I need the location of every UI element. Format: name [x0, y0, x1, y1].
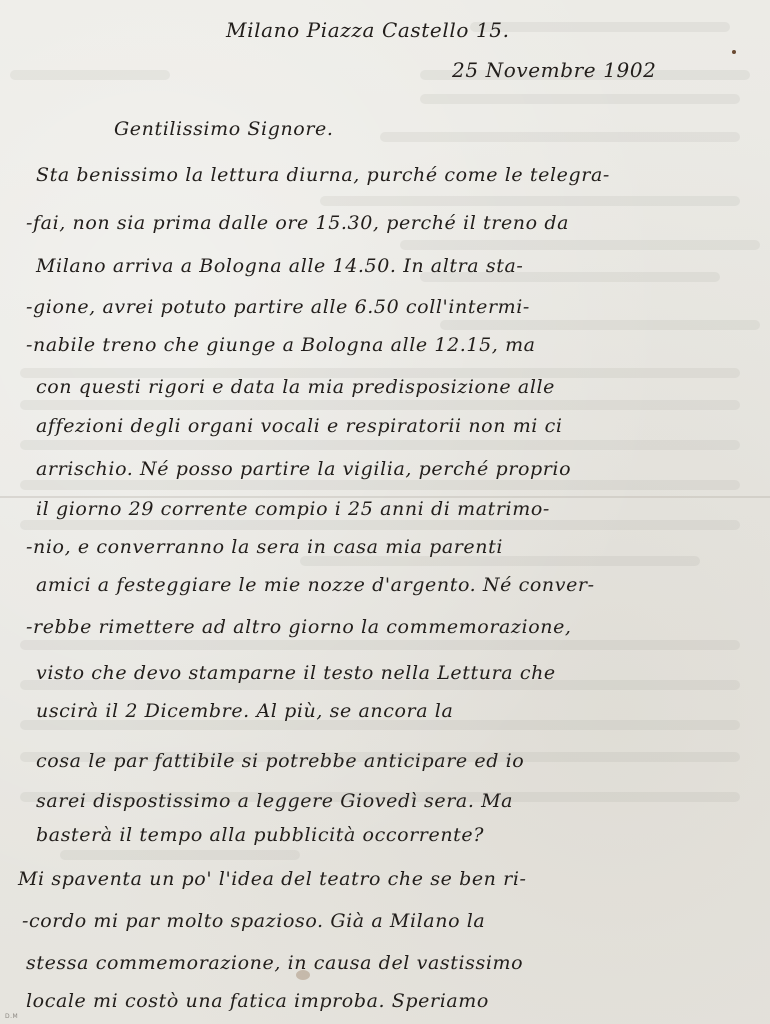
- letter-page: Milano Piazza Castello 15. 25 Novembre 1…: [0, 0, 770, 1024]
- letter-line: Milano arriva a Bologna alle 14.50. In a…: [36, 255, 523, 277]
- letter-line: sarei dispostissimo a leggere Giovedì se…: [36, 790, 513, 812]
- letter-line: cosa le par fattibile si potrebbe antici…: [36, 750, 524, 772]
- bleed-through-line: [380, 132, 740, 142]
- bleed-through-line: [20, 640, 740, 650]
- bleed-through-line: [20, 400, 740, 410]
- letter-line: -nabile treno che giunge a Bologna alle …: [26, 334, 536, 356]
- letter-line: Mi spaventa un po' l'idea del teatro che…: [18, 868, 527, 890]
- letter-line: affezioni degli organi vocali e respirat…: [36, 415, 563, 437]
- bleed-through-line: [20, 480, 740, 490]
- letter-line: amici a festeggiare le mie nozze d'argen…: [36, 574, 595, 596]
- letter-line: -rebbe rimettere ad altro giorno la comm…: [26, 616, 572, 638]
- letter-line: -nio, e converranno la sera in casa mia …: [26, 536, 503, 558]
- bleed-through-line: [60, 850, 300, 860]
- bleed-through-line: [320, 196, 740, 206]
- letter-salutation: Gentilissimo Signore.: [114, 118, 334, 140]
- letter-line: arrischio. Né posso partire la vigilia, …: [36, 458, 571, 480]
- letter-line: visto che devo stamparne il testo nella …: [36, 662, 556, 684]
- bleed-through-line: [10, 70, 170, 80]
- bleed-through-line: [440, 320, 760, 330]
- letter-line: basterà il tempo alla pubblicità occorre…: [36, 824, 484, 846]
- bleed-through-line: [20, 440, 740, 450]
- letter-line: uscirà il 2 Dicembre. Al più, se ancora …: [36, 700, 453, 722]
- letter-date: 25 Novembre 1902: [452, 58, 657, 82]
- letter-line: stessa commemorazione, in causa del vast…: [26, 952, 523, 974]
- bleed-through-line: [20, 520, 740, 530]
- letter-line: -fai, non sia prima dalle ore 15.30, per…: [26, 212, 569, 234]
- archive-corner-mark: D.M: [5, 1013, 18, 1020]
- letter-line: locale mi costò una fatica improba. Sper…: [26, 990, 489, 1012]
- letter-line: con questi rigori e data la mia predispo…: [36, 376, 555, 398]
- letter-line: il giorno 29 corrente compio i 25 anni d…: [36, 498, 550, 520]
- letter-address: Milano Piazza Castello 15.: [226, 18, 510, 42]
- bleed-through-line: [420, 94, 740, 104]
- letter-line: -gione, avrei potuto partire alle 6.50 c…: [26, 296, 530, 318]
- ink-spot: [732, 50, 736, 54]
- letter-line: -cordo mi par molto spazioso. Già a Mila…: [22, 910, 485, 932]
- bleed-through-line: [400, 240, 760, 250]
- letter-line: Sta benissimo la lettura diurna, purché …: [36, 164, 610, 186]
